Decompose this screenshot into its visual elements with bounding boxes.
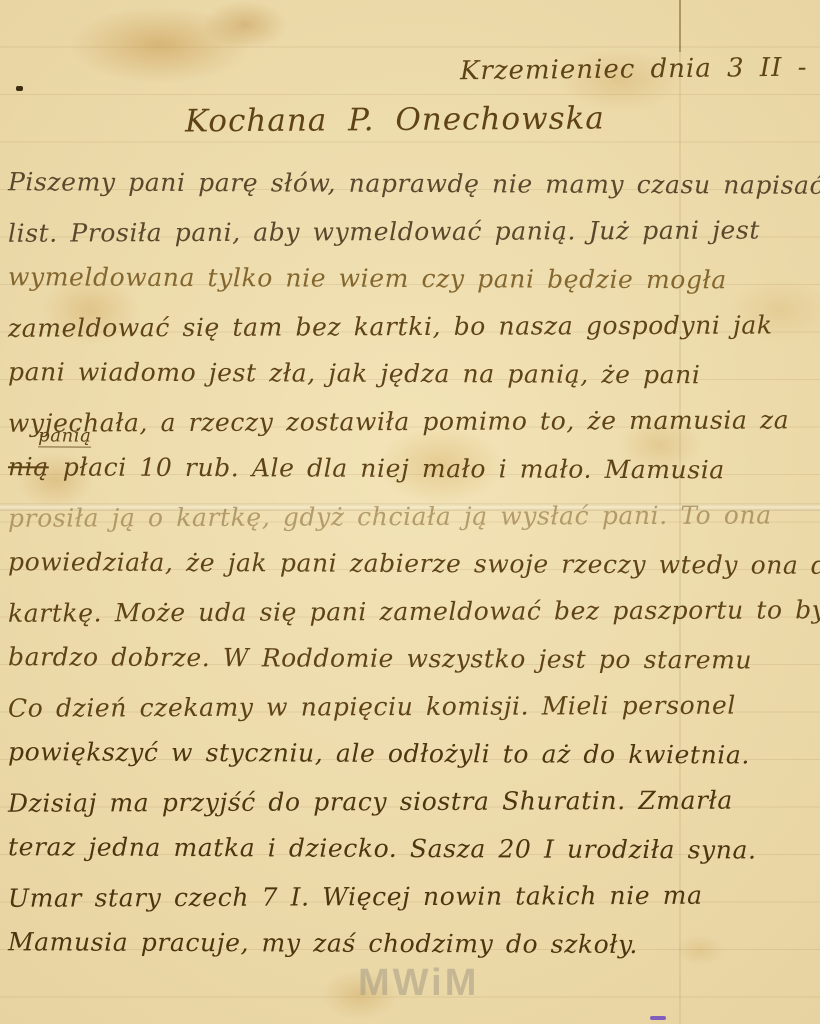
letter-line: kartkę. Może uda się pani zameldować bez…: [8, 586, 818, 637]
line-remainder: płaci 10 rub. Ale dla niej mało i mało. …: [63, 452, 725, 484]
letter-line: Piszemy pani parę słów, naprawdę nie mam…: [8, 158, 818, 209]
letter-line: Dzisiaj ma przyjść do pracy siostra Shur…: [8, 776, 818, 827]
letter-line: bardzo dobrze. W Roddomie wszystko jest …: [8, 633, 818, 684]
letter-line: list. Prosiła pani, aby wymeldować panią…: [8, 206, 818, 257]
letter-body: Piszemy pani parę słów, naprawdę nie mam…: [8, 160, 818, 968]
letter-line: wyjechała, a rzeczy zostawiła pomimo to,…: [8, 396, 818, 447]
letter-line: pani wiadomo jest zła, jak jędza na pani…: [8, 348, 818, 399]
dateline: Krzemieniec dnia 3 II - 41 r.: [460, 52, 820, 87]
vertical-fold-crease-top: [679, 0, 681, 52]
faded-fold-line: prosiła ją o kartkę, gdyż chciała ją wys…: [8, 491, 818, 542]
letter-line-with-correction: paniąniąpłaci 10 rub. Ale dla niej mało …: [8, 443, 818, 494]
letter-line: Umar stary czech 7 I. Więcej nowin takic…: [8, 871, 818, 922]
letter-line: zameldować się tam bez kartki, bo nasza …: [8, 301, 818, 352]
letter-line: wymeldowana tylko nie wiem czy pani będz…: [8, 253, 818, 304]
letter-line: teraz jedna matka i dziecko. Sasza 20 I …: [8, 823, 818, 874]
struck-word: nią: [8, 452, 49, 481]
letter-page: Krzemieniec dnia 3 II - 41 r. Kochana P.…: [0, 0, 820, 1024]
letter-line: powiększyć w styczniu, ale odłożyli to a…: [8, 728, 818, 779]
watermark: MWiM: [358, 962, 479, 1005]
letter-line: Co dzień czekamy w napięciu komisji. Mie…: [8, 681, 818, 732]
ink-dot: [16, 86, 23, 91]
letter-line: powiedziała, że jak pani zabierze swoje …: [8, 538, 818, 589]
salutation: Kochana P. Onechowska: [185, 101, 605, 140]
purple-mark: [650, 1016, 666, 1020]
inserted-word: panią: [38, 427, 91, 447]
